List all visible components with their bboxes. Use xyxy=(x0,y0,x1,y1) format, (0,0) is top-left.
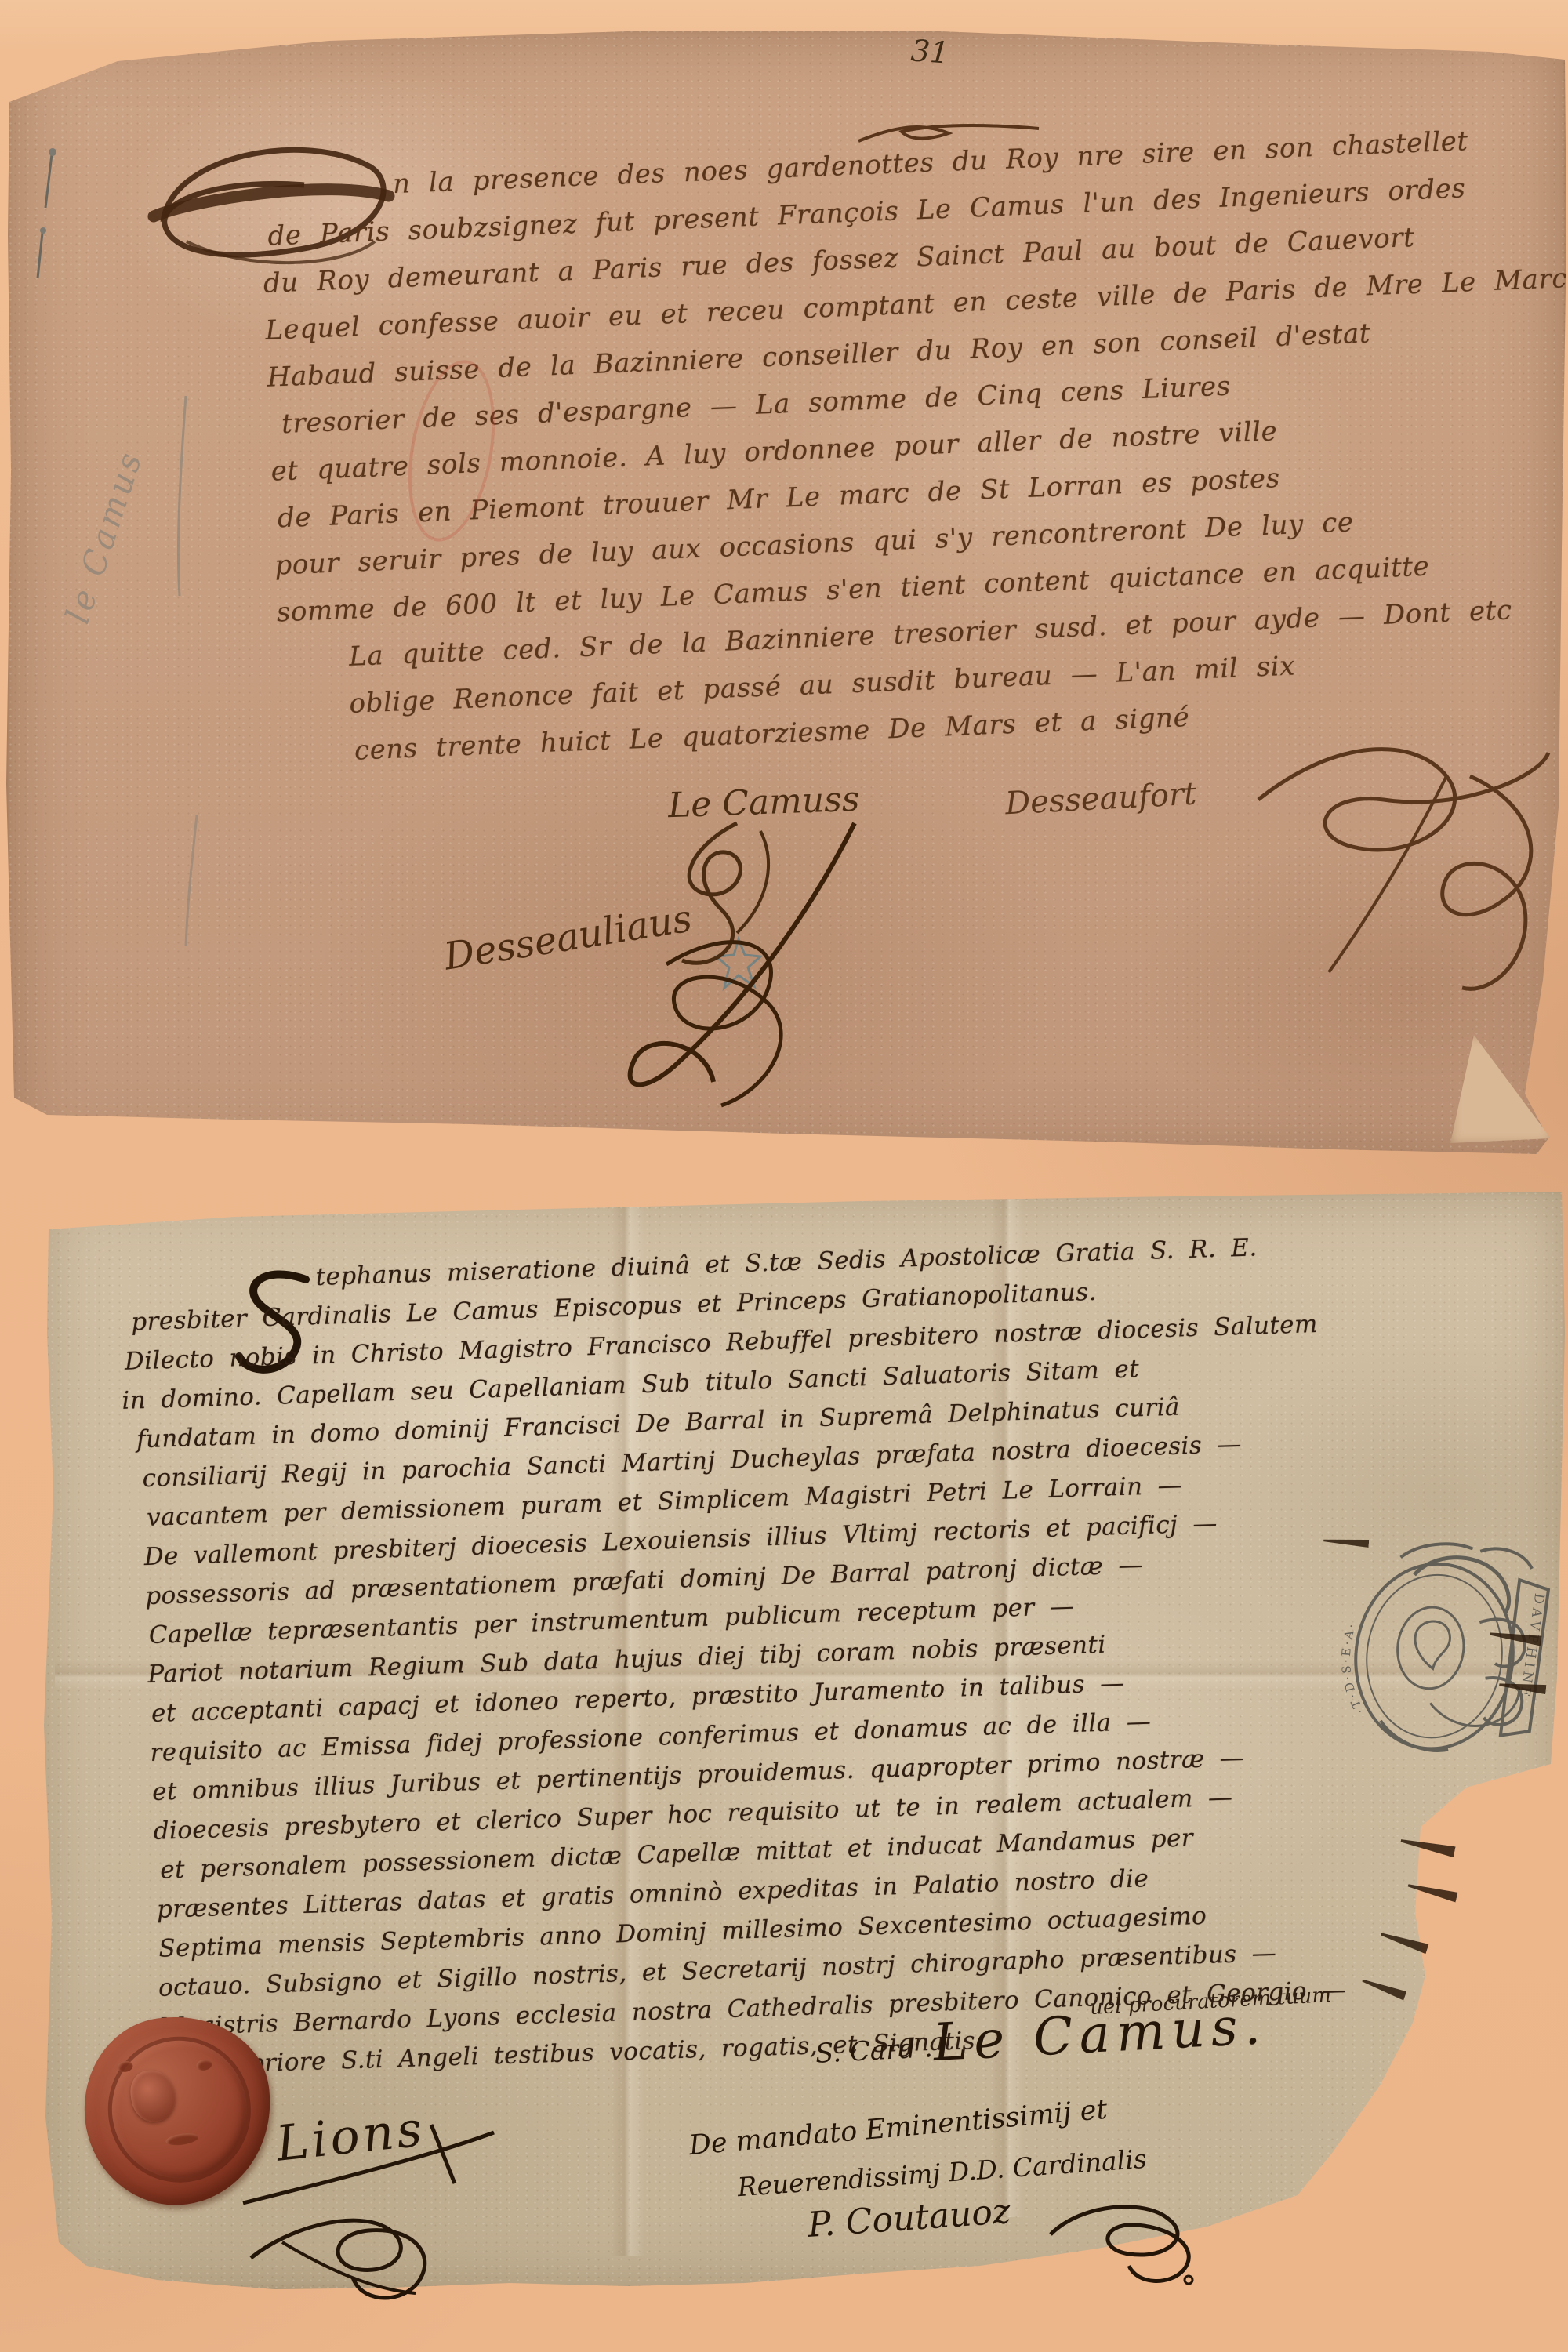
photograph-of-two-manuscripts: n la presence des noes gardenottes du Ro… xyxy=(0,0,1568,2352)
dauphine-fiscal-stamp: ·T·D·S·E·A· DAVPHINE xyxy=(1328,1520,1568,1788)
page-number: 31 xyxy=(910,33,950,70)
coutauoz-paraph xyxy=(1035,2187,1207,2289)
desseaufort-paraph xyxy=(1211,729,1564,1043)
pencil-stroke xyxy=(169,388,208,953)
s-card-subscription: S. Card . xyxy=(815,2032,934,2070)
lyons-floard-paraph xyxy=(235,2109,564,2313)
straight-pin-icon xyxy=(31,145,63,286)
desseauliau-paraph xyxy=(549,808,878,1121)
bottom-document-text-block: tephanus miseratione diuinâ et S.tæ Sedi… xyxy=(118,1221,1523,2087)
